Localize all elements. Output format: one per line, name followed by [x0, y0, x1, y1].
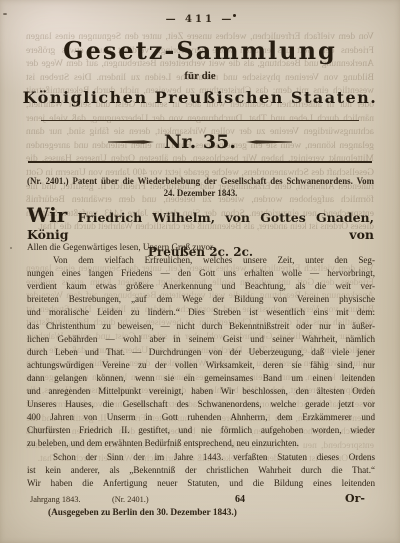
salutation-initial: Wir: [27, 203, 67, 227]
salutation-line1: Wir Friedrich Wilhelm, von Gottes Gnaden…: [27, 203, 374, 242]
ink-speck: [10, 247, 12, 249]
signature-line-row: Jahrgang 1843. (Nr. 2401.) 64 Or-: [27, 494, 375, 506]
body-line: nungen eines langen Friedens — den Gott …: [27, 267, 375, 280]
body-line: 400 Jahren von Unserm in Gott ruhenden A…: [27, 411, 375, 424]
body-line: verdient kaum etwas größere Anerkennung …: [27, 280, 375, 293]
document-page: Von dem vielfach Erfreulichen, welches u…: [0, 0, 400, 543]
masthead: Gesetz-Sammlung für die Königlichen Preu…: [0, 36, 400, 107]
body-line: Schon der Sinn der im Jahre 1443. verfaß…: [27, 451, 375, 464]
issue-number: Nr. 35.: [164, 131, 236, 153]
body-line: dann gelangen können, wenn sie ein gemei…: [27, 372, 375, 385]
decree-caption-line2: 24. Dezember 1843.: [27, 188, 374, 198]
body-line: ist kein anderer, als „Bekenntniß der ch…: [27, 464, 375, 477]
body-line: Allen die Gegenwärtiges lesen, Unsern Gr…: [27, 241, 375, 254]
body-line: Von dem vielfach Erfreulichen, welches u…: [27, 254, 375, 267]
body-line: durch Leben und That. — Durchdrungen von…: [27, 346, 375, 359]
decree-caption-line1: (Nr. 2401.) Patent über die Wiederbelebu…: [27, 176, 374, 186]
section-rule: [28, 161, 372, 163]
body-line: breiteten Bestrebungen, „auf dem Wege de…: [27, 293, 375, 306]
masthead-realm: Königlichen Preußischen Staaten.: [0, 88, 400, 107]
masthead-rule: [41, 120, 359, 121]
ink-speck: [233, 14, 236, 17]
body-line: Unseres Hauses, die Gesellschaft des Sch…: [27, 398, 375, 411]
body-line: achtungswürdigen Vereine zu der vollen W…: [27, 359, 375, 372]
salutation-rest: Friedrich Wilhelm, von Gottes Gnaden, Kö…: [27, 210, 374, 242]
volume-label: Jahrgang 1843.: [30, 495, 81, 504]
body-line: lichen Gebährden — wohl aber in seinem G…: [27, 333, 375, 346]
right-ornament-rule: [246, 140, 292, 144]
left-ornament-rule: [108, 140, 154, 144]
decree-body: Allen die Gegenwärtiges lesen, Unsern Gr…: [27, 241, 375, 490]
masthead-title: Gesetz-Sammlung: [0, 36, 400, 65]
printed-content: — 411 — Gesetz-Sammlung für die Königlic…: [0, 0, 400, 543]
catchword: Or-: [345, 492, 365, 505]
body-line: Wir haben die Anfertigung neuer Statuten…: [27, 477, 375, 490]
body-line: Churfürsten Friedrich II. gestiftet, und…: [27, 424, 375, 437]
page-number: — 411 —: [0, 14, 400, 25]
body-line: das Christenthum zu beweisen, — nicht du…: [27, 320, 375, 333]
issue-number-row: Nr. 35.: [0, 131, 400, 153]
body-line: zu beleben, und dem erwähnten Bedürfniß …: [27, 437, 375, 450]
ink-speck: [3, 13, 7, 15]
document-number: (Nr. 2401.): [112, 495, 149, 504]
publication-imprint: (Ausgegeben zu Berlin den 30. Dezember 1…: [48, 508, 237, 518]
masthead-subtitle: für die: [0, 70, 400, 82]
body-line: und moralische Leiden zu lindern.“ Dies …: [27, 306, 375, 319]
sheet-number: 64: [235, 494, 245, 505]
decree-caption: (Nr. 2401.) Patent über die Wiederbelebu…: [27, 176, 374, 198]
body-line: und anregenden Mittelpunkt vereinigt, ha…: [27, 385, 375, 398]
